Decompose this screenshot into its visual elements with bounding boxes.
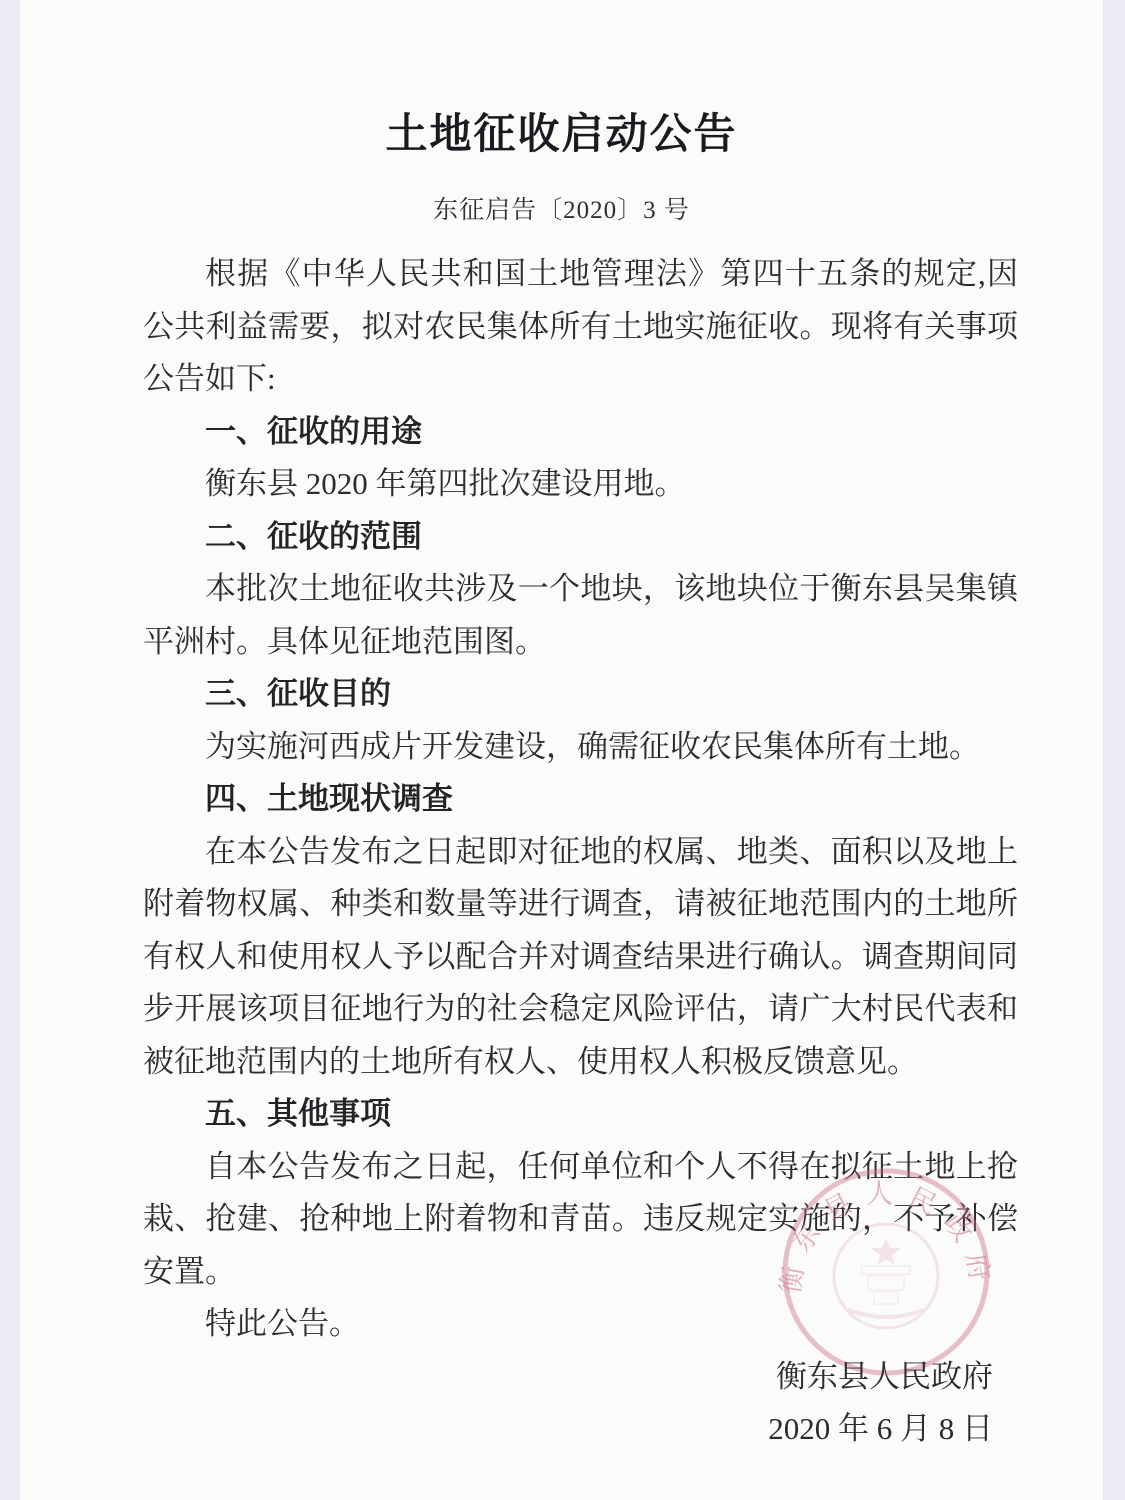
document-number: 东征启告〔2020〕3 号 — [20, 196, 1103, 226]
issuer-signature: 衡东县人民政府 — [20, 1351, 993, 1404]
section-paragraph-1: 衡东县 2020 年第四批次建设用地。 — [143, 458, 1018, 511]
issue-date: 2020 年 6 月 8 日 — [20, 1403, 993, 1456]
document-page: 土地征收启动公告 东征启告〔2020〕3 号 根据《中华人民共和国土地管理法》第… — [20, 0, 1103, 1500]
intro-paragraph: 根据《中华人民共和国土地管理法》第四十五条的规定,因公共利益需要，拟对农民集体所… — [143, 248, 1018, 406]
closing-line: 特此公告。 — [143, 1298, 1018, 1351]
section-paragraph-5: 自本公告发布之日起，任何单位和个人不得在拟征土地上抢栽、抢建、抢种地上附着物和青… — [143, 1141, 1018, 1299]
section-heading-2: 二、征收的范围 — [143, 511, 1018, 564]
section-paragraph-3: 为实施河西成片开发建设，确需征收农民集体所有土地。 — [143, 721, 1018, 774]
section-heading-5: 五、其他事项 — [143, 1088, 1018, 1141]
section-heading-1: 一、征收的用途 — [143, 406, 1018, 459]
section-paragraph-2: 本批次土地征收共涉及一个地块，该地块位于衡东县吴集镇平洲村。具体见征地范围图。 — [143, 563, 1018, 668]
signature-block: 衡东县人民政府 2020 年 6 月 8 日 — [20, 1351, 1103, 1456]
scan-edge-left — [0, 0, 21, 1500]
scan-edge-right — [1102, 0, 1125, 1500]
document-body: 根据《中华人民共和国土地管理法》第四十五条的规定,因公共利益需要，拟对农民集体所… — [20, 248, 1103, 1351]
section-heading-3: 三、征收目的 — [143, 668, 1018, 721]
section-paragraph-4: 在本公告发布之日起即对征地的权属、地类、面积以及地上附着物权属、种类和数量等进行… — [143, 826, 1018, 1089]
section-heading-4: 四、土地现状调查 — [143, 773, 1018, 826]
document-title: 土地征收启动公告 — [20, 0, 1103, 162]
